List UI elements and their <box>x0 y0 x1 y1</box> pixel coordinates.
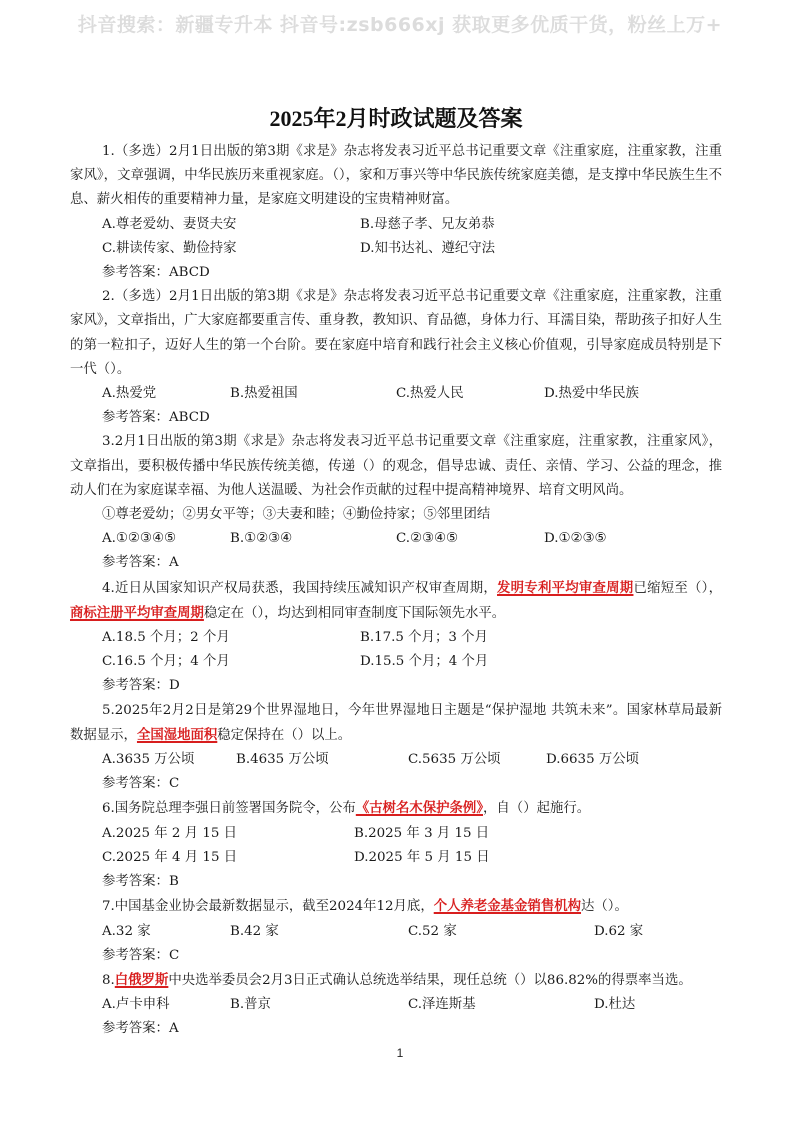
question-stem: 7.中国基金业协会最新数据显示，截至2024年12月底，个人养老金基金销售机构达… <box>70 894 722 919</box>
option-c: C.5635 万公顷 <box>408 748 546 772</box>
options: A.尊老爱幼、妻贤夫安 B.母慈子孝、兄友弟恭 C.耕读传家、勤俭持家 D.知书… <box>70 213 722 261</box>
stem-text: 已缩短至（）， <box>633 581 722 596</box>
options: A.热爱党 B.热爱祖国 C.热爱人民 D.热爱中华民族 <box>70 382 722 406</box>
options: A.18.5 个月；2 个月 B.17.5 个月；3 个月 C.16.5 个月；… <box>70 626 722 674</box>
highlight-keyword: 全国湿地面积 <box>137 727 217 743</box>
question-stem: 4.近日从国家知识产权局获悉，我国持续压减知识产权审查周期，发明专利平均审查周期… <box>70 576 722 626</box>
option-c: C.热爱人民 <box>396 382 544 406</box>
answer: 参考答案：A <box>70 1017 722 1041</box>
option-a: A.尊老爱幼、妻贤夫安 <box>102 213 360 237</box>
options: A.3635 万公顷 B.4635 万公顷 C.5635 万公顷 D.6635 … <box>70 748 722 772</box>
highlight-keyword: 个人养老金基金销售机构 <box>434 898 581 914</box>
stem-text: ，自（）起施行。 <box>483 801 590 816</box>
option-b: B.2025 年 3 月 15 日 <box>354 822 612 846</box>
option-a: A.①②③④⑤ <box>102 527 230 551</box>
stem-text: 中央选举委员会2月3日正式确认总统选举结果，现任总统（）以86.82%的得票率当… <box>168 973 691 988</box>
question-5: 5.2025年2月2日是第29个世界湿地日，今年世界湿地日主题是“保护湿地 共筑… <box>70 699 722 797</box>
question-4: 4.近日从国家知识产权局获悉，我国持续压减知识产权审查周期，发明专利平均审查周期… <box>70 576 722 699</box>
option-d: D.杜达 <box>594 993 635 1017</box>
options: A.卢卡申科 B.普京 C.泽连斯基 D.杜达 <box>70 993 722 1017</box>
option-a: A.热爱党 <box>102 382 230 406</box>
option-d: D.2025 年 5 月 15 日 <box>354 846 612 870</box>
question-8: 8.白俄罗斯中央选举委员会2月3日正式确认总统选举结果，现任总统（）以86.82… <box>70 968 722 1042</box>
option-a: A.32 家 <box>102 920 230 944</box>
answer: 参考答案：ABCD <box>70 261 722 285</box>
stem-text: 稳定在（），均达到相同审查制度下国际领先水平。 <box>204 606 505 621</box>
question-3: 3.2月1日出版的第3期《求是》杂志将发表习近平总书记重要文章《注重家庭，注重家… <box>70 430 722 575</box>
answer: 参考答案：A <box>70 551 722 575</box>
option-a: A.2025 年 2 月 15 日 <box>102 822 354 846</box>
options: A.①②③④⑤ B.①②③④ C.②③④⑤ D.①②③⑤ <box>70 527 722 551</box>
option-b: B.4635 万公顷 <box>236 748 408 772</box>
answer: 参考答案：C <box>70 944 722 968</box>
question-stem: 8.白俄罗斯中央选举委员会2月3日正式确认总统选举结果，现任总统（）以86.82… <box>70 968 722 993</box>
watermark-banner: 抖音搜索：新疆专升本 抖音号:zsb666xj 获取更多优质干货，粉丝上万+ <box>0 0 800 50</box>
option-d: D.知书达礼、遵纪守法 <box>360 237 618 261</box>
option-d: D.①②③⑤ <box>544 527 607 551</box>
option-b: B.①②③④ <box>230 527 396 551</box>
question-7: 7.中国基金业协会最新数据显示，截至2024年12月底，个人养老金基金销售机构达… <box>70 894 722 968</box>
item-list: ①尊老爱幼；②男女平等；③夫妻和睦；④勤俭持家；⑤邻里团结 <box>70 503 722 527</box>
document-page: 2025年2月时政试题及答案 1.（多选）2月1日出版的第3期《求是》杂志将发表… <box>70 102 722 1042</box>
option-b: B.17.5 个月；3 个月 <box>360 626 618 650</box>
question-6: 6.国务院总理李强日前签署国务院令，公布《古树名木保护条例》，自（）起施行。 A… <box>70 796 722 894</box>
question-1: 1.（多选）2月1日出版的第3期《求是》杂志将发表习近平总书记重要文章《注重家庭… <box>70 140 722 285</box>
stem-text: 稳定保持在（）以上。 <box>217 728 351 743</box>
option-d: D.6635 万公顷 <box>546 748 639 772</box>
options: A.2025 年 2 月 15 日 B.2025 年 3 月 15 日 C.20… <box>70 822 722 870</box>
option-c: C.2025 年 4 月 15 日 <box>102 846 354 870</box>
answer: 参考答案：D <box>70 674 722 698</box>
answer: 参考答案：B <box>70 870 722 894</box>
option-b: B.热爱祖国 <box>230 382 396 406</box>
option-d: D.15.5 个月；4 个月 <box>360 650 618 674</box>
option-b: B.母慈子孝、兄友弟恭 <box>360 213 618 237</box>
question-stem: 2.（多选）2月1日出版的第3期《求是》杂志将发表习近平总书记重要文章《注重家庭… <box>70 285 722 382</box>
question-stem: 1.（多选）2月1日出版的第3期《求是》杂志将发表习近平总书记重要文章《注重家庭… <box>70 140 722 213</box>
stem-text: 4.近日从国家知识产权局获悉，我国持续压减知识产权审查周期， <box>102 581 497 596</box>
highlight-keyword: 发明专利平均审查周期 <box>497 580 633 596</box>
options: A.32 家 B.42 家 C.52 家 D.62 家 <box>70 920 722 944</box>
option-c: C.②③④⑤ <box>396 527 544 551</box>
page-title: 2025年2月时政试题及答案 <box>70 102 722 136</box>
question-2: 2.（多选）2月1日出版的第3期《求是》杂志将发表习近平总书记重要文章《注重家庭… <box>70 285 722 430</box>
stem-text: 达（）。 <box>581 899 628 914</box>
answer: 参考答案：ABCD <box>70 406 722 430</box>
highlight-keyword: 白俄罗斯 <box>115 972 169 988</box>
option-a: A.18.5 个月；2 个月 <box>102 626 360 650</box>
stem-text: 6.国务院总理李强日前签署国务院令，公布 <box>102 801 356 816</box>
stem-text: 8. <box>102 973 115 988</box>
highlight-keyword: 《古树名木保护条例》 <box>356 800 483 816</box>
option-c: C.52 家 <box>408 920 594 944</box>
question-stem: 3.2月1日出版的第3期《求是》杂志将发表习近平总书记重要文章《注重家庭，注重家… <box>70 430 722 503</box>
option-c: C.泽连斯基 <box>408 993 594 1017</box>
stem-text: 7.中国基金业协会最新数据显示，截至2024年12月底， <box>102 899 434 914</box>
question-stem: 5.2025年2月2日是第29个世界湿地日，今年世界湿地日主题是“保护湿地 共筑… <box>70 699 722 748</box>
option-b: B.普京 <box>230 993 408 1017</box>
option-d: D.62 家 <box>594 920 643 944</box>
option-d: D.热爱中华民族 <box>544 382 639 406</box>
answer: 参考答案：C <box>70 772 722 796</box>
question-stem: 6.国务院总理李强日前签署国务院令，公布《古树名木保护条例》，自（）起施行。 <box>70 796 722 821</box>
option-b: B.42 家 <box>230 920 408 944</box>
option-c: C.耕读传家、勤俭持家 <box>102 237 360 261</box>
option-c: C.16.5 个月；4 个月 <box>102 650 360 674</box>
highlight-keyword: 商标注册平均审查周期 <box>70 605 204 621</box>
page-number: 1 <box>0 1046 800 1060</box>
option-a: A.卢卡申科 <box>102 993 230 1017</box>
option-a: A.3635 万公顷 <box>102 748 236 772</box>
